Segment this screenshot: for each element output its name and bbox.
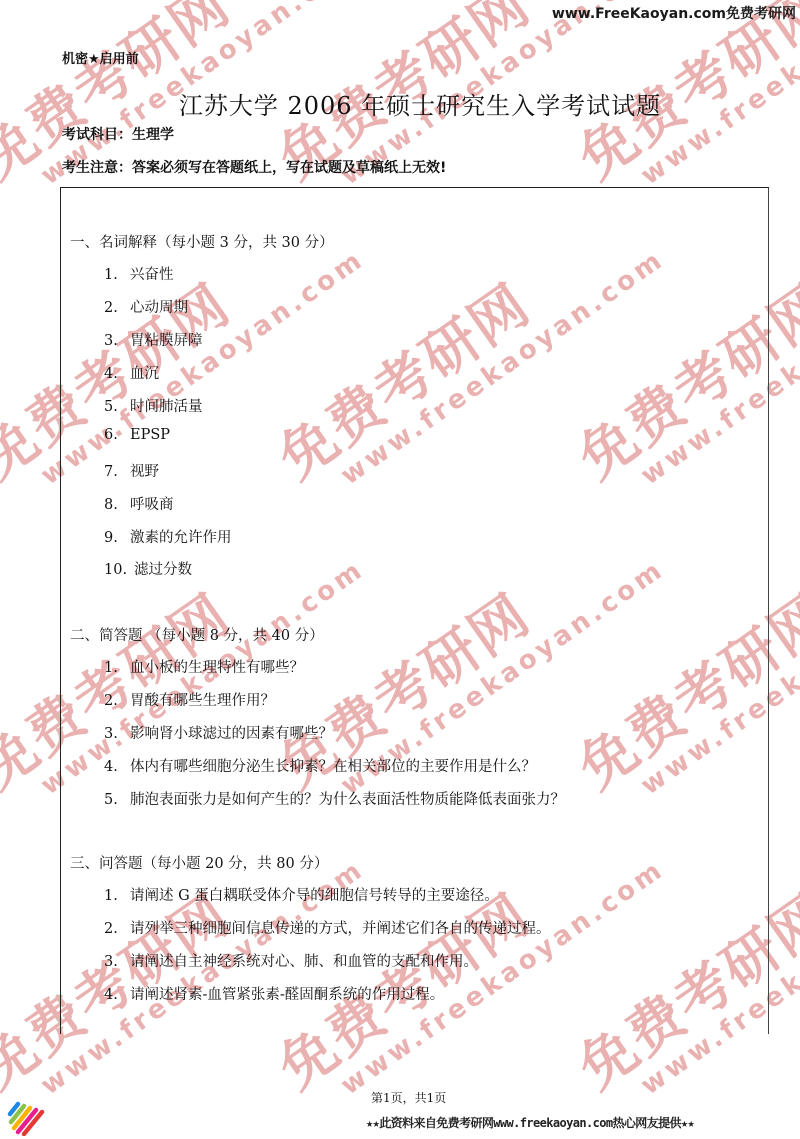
question-item: 4.体内有哪些细胞分泌生长抑素？在相关部位的主要作用是什么？ [104,755,536,776]
exam-title: 江苏大学 2006 年硕士研究生入学考试试题 [0,86,800,121]
question-item: 3.影响肾小球滤过的因素有哪些？ [104,722,333,743]
classification-label: 机密★启用前 [62,48,139,67]
exam-notice: 考生注意：答案必须写在答题纸上，写在试题及草稿纸上无效! [62,157,446,177]
question-item: 2.请列举三种细胞间信息传递的方式，并阐述它们各自的传递过程。 [104,917,551,938]
exam-subject: 考试科目：生理学 [62,124,174,144]
section-heading-3: 三、问答题（每小题 20 分，共 80 分） [70,852,328,873]
question-item: 2.胃酸有哪些生理作用？ [104,689,275,710]
question-item: 4.请阐述肾素-血管紧张素-醛固酮系统的作用过程。 [104,983,444,1004]
question-item: 3.请阐述自主神经系统对心、肺、和血管的支配和作用。 [104,950,478,971]
question-item: 5.肺泡表面张力是如何产生的？为什么表面活性物质能降低表面张力？ [104,788,565,809]
question-item: 8.呼吸商 [104,493,174,514]
question-item: 1.兴奋性 [104,263,174,284]
page-indicator: 第1页，共1页 [371,1089,446,1106]
question-item: 2.心动周期 [104,296,188,317]
section-heading-1: 一、名词解释（每小题 3 分，共 30 分） [70,231,334,252]
question-item: 10.滤过分数 [104,558,192,579]
question-item: 9.激素的允许作用 [104,526,232,547]
question-item: 4.血沉 [104,362,159,383]
source-credit: ★★此资料来自免费考研网www.freekaoyan.com热心网友提供★★ [366,1114,694,1131]
question-item: 1.请阐述 G 蛋白耦联受体介导的细胞信号转导的主要途径。 [104,884,499,905]
question-item: 3.胃粘膜屏障 [104,329,203,350]
section-heading-2: 二、简答题 （每小题 8 分，共 40 分） [70,624,324,645]
question-item: 1.血小板的生理特性有哪些？ [104,656,304,677]
question-item: 6.EPSP [104,427,170,443]
question-item: 7.视野 [104,460,159,481]
colored-stripes-logo-icon [6,1100,46,1136]
question-item: 5.时间肺活量 [104,395,203,416]
site-banner[interactable]: www.FreeKaoyan.com免费考研网 [552,3,796,23]
